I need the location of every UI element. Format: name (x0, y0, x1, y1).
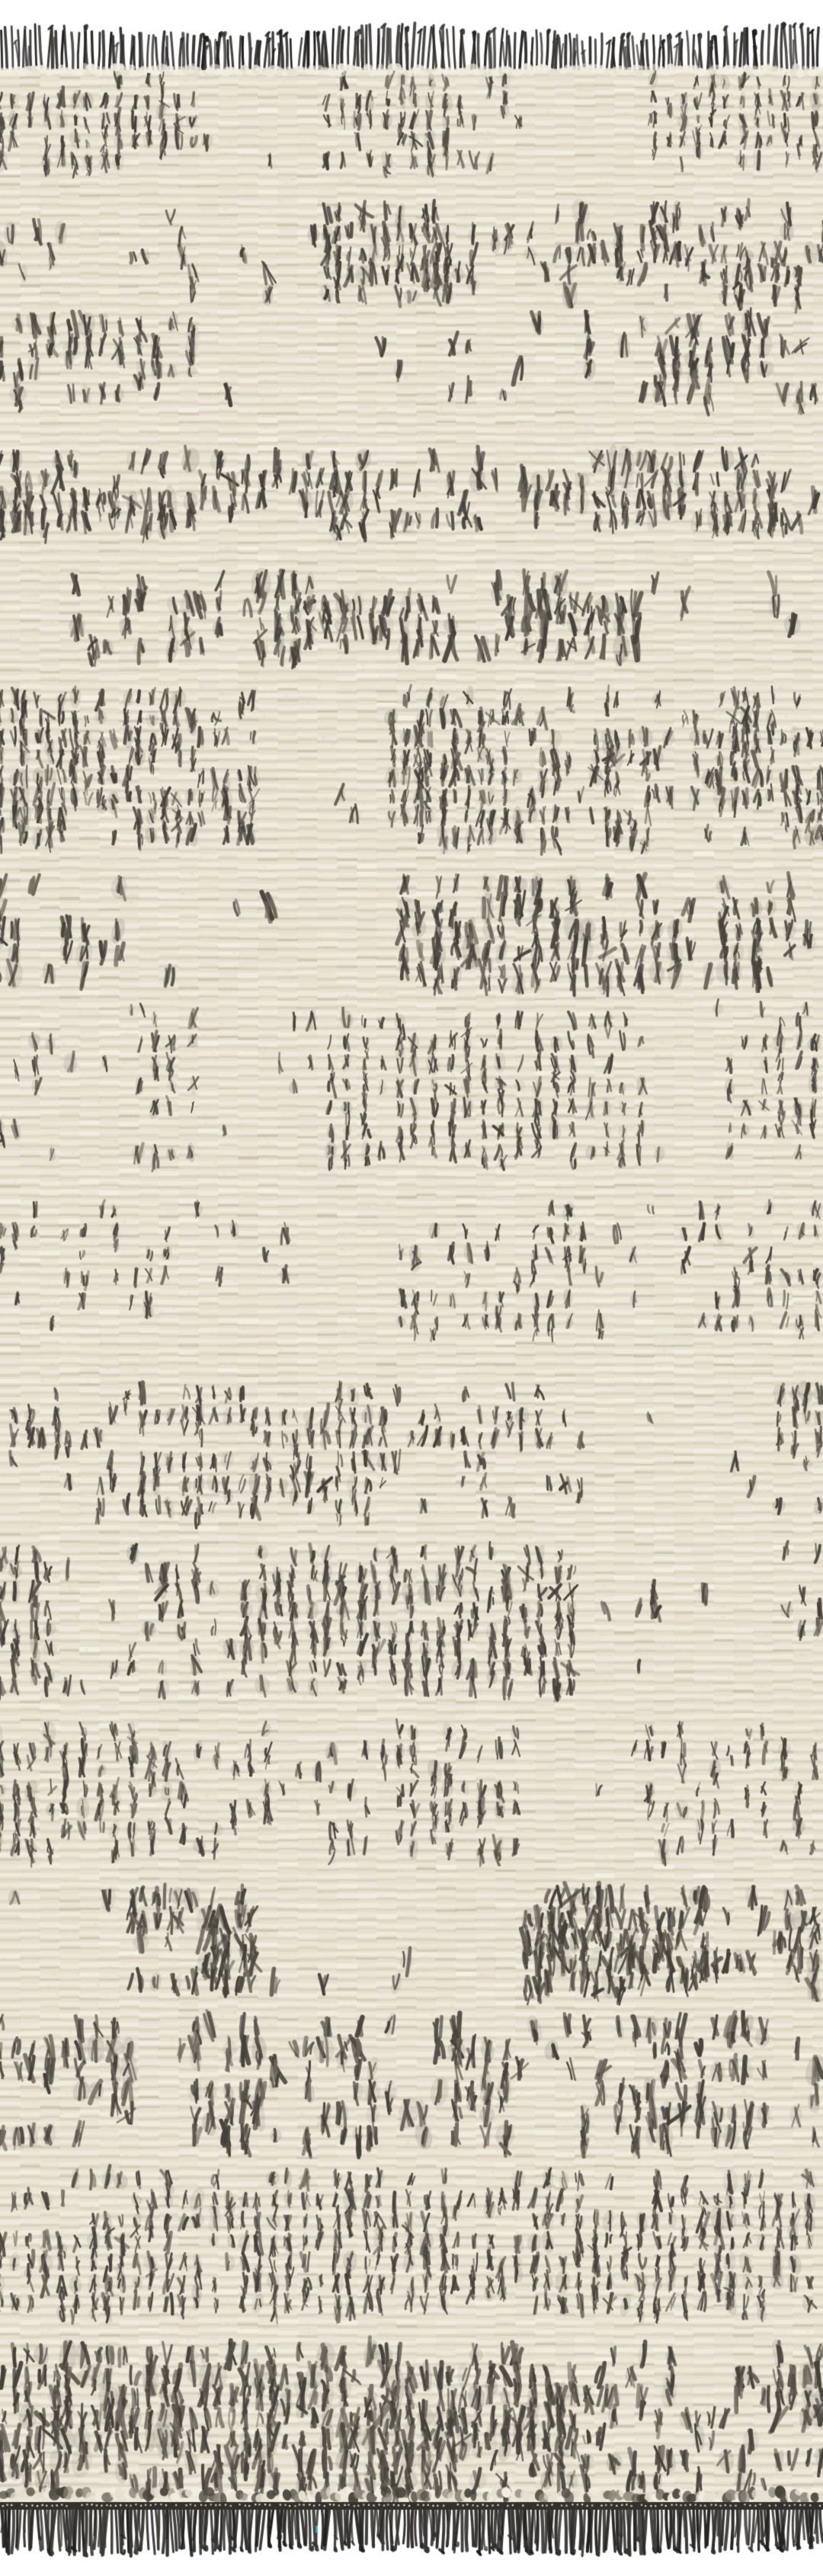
rug-texture-canvas (0, 0, 823, 2576)
rug-product-photo: Handwoven cream wool runner rug with abs… (0, 0, 823, 2576)
